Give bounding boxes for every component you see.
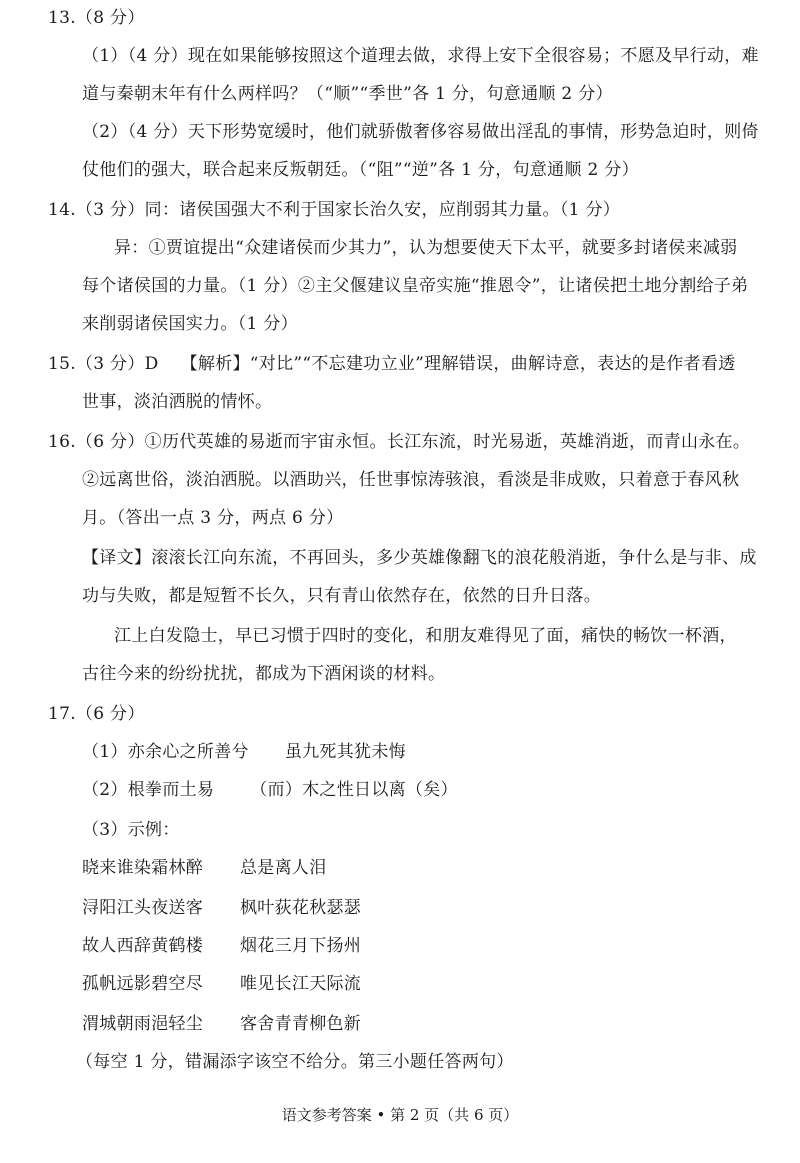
q17-example-first: 浔阳江头夜送客 bbox=[82, 896, 240, 920]
q17-answer2-first: （2）根拳而土易 bbox=[82, 780, 214, 800]
q16-line3: 月。（答出一点 3 分，两点 6 分） bbox=[82, 506, 343, 530]
q17-example-row: 晓来谁染霜林醉总是离人泪 bbox=[82, 856, 327, 880]
q15-analysis: 【解析】“对比”“不忘建功立业”理解错误，曲解诗意，表达的是作者看透 bbox=[181, 354, 736, 374]
q17-example-row: 故人西辞黄鹤楼烟花三月下扬州 bbox=[82, 934, 361, 958]
q17-example-second: 唯见长江天际流 bbox=[240, 974, 361, 994]
q13-part1-line1: （1）（4 分）现在如果能够按照这个道理去做，求得上安下全很容易；不愿及早行动，… bbox=[82, 44, 759, 68]
q13-part2-line1: （2）（4 分）天下形势宽缓时，他们就骄傲奢侈容易做出淫乱的事情，形势急迫时，则… bbox=[82, 120, 759, 144]
q17-example-first: 孤帆远影碧空尽 bbox=[82, 972, 240, 996]
q13-part2-line2: 仗他们的强大，联合起来反叛朝廷。（“阻”“逆”各 1 分，句意通顺 2 分） bbox=[82, 158, 639, 182]
q15-line2: 世事，淡泊洒脱的情怀。 bbox=[82, 390, 272, 414]
q17-answer1-first: （1）亦余心之所善兮 bbox=[82, 742, 249, 762]
q14-heading: 14.（3 分）同：诸侯国强大不利于国家长治久安，应削弱其力量。（1 分） bbox=[48, 198, 620, 222]
q17-answer1-second: 虽九死其犹未悔 bbox=[285, 742, 406, 762]
q13-part1-line2: 道与秦朝末年有什么两样吗？（“顺”“季世”各 1 分，句意通顺 2 分） bbox=[82, 82, 613, 106]
q16-line2: ②远离世俗，淡泊洒脱。以酒助兴，任世事惊涛骇浪，看淡是非成败，只着意于春风秋 bbox=[82, 468, 739, 492]
q15-line1: 15.（3 分）D【解析】“对比”“不忘建功立业”理解错误，曲解诗意，表达的是作… bbox=[48, 352, 736, 376]
q17-example-second: 烟花三月下扬州 bbox=[240, 936, 361, 956]
q17-scoring-note: （每空 1 分，错漏添字该空不给分。第三小题任答两句） bbox=[76, 1050, 514, 1074]
q14-difference-line2: 每个诸侯国的力量。（1 分）②主父偃建议皇帝实施“推恩令”，让诸侯把土地分割给子… bbox=[82, 274, 748, 298]
q16-line1: 16.（6 分）①历代英雄的易逝而宇宙永恒。长江东流，时光易逝，英雄消逝，而青山… bbox=[48, 430, 750, 454]
q15-answer: 15.（3 分）D bbox=[48, 354, 159, 374]
q17-answer3-label: （3）示例： bbox=[82, 818, 180, 842]
q16-translation-line2: 功与失败，都是短暂不长久，只有青山依然存在，依然的日升日落。 bbox=[82, 584, 601, 608]
q17-heading: 17.（6 分） bbox=[48, 702, 145, 726]
q16-translation-line4: 古往今来的纷纷扰扰，都成为下酒闲谈的材料。 bbox=[82, 662, 445, 686]
q17-example-second: 客舍青青柳色新 bbox=[240, 1014, 361, 1034]
q17-example-row: 孤帆远影碧空尽唯见长江天际流 bbox=[82, 972, 361, 996]
q17-example-second: 总是离人泪 bbox=[240, 858, 327, 878]
q17-example-row: 渭城朝雨浥轻尘客舍青青柳色新 bbox=[82, 1012, 361, 1036]
q13-heading: 13.（8 分） bbox=[48, 6, 145, 30]
q17-example-first: 晓来谁染霜林醉 bbox=[82, 856, 240, 880]
q16-translation-line1: 【译文】滚滚长江向东流，不再回头，多少英雄像翻飞的浪花般消逝，争什么是与非、成 bbox=[82, 546, 757, 570]
q17-example-second: 枫叶荻花秋瑟瑟 bbox=[240, 898, 361, 918]
q17-example-row: 浔阳江头夜送客枫叶荻花秋瑟瑟 bbox=[82, 896, 361, 920]
q17-example-first: 故人西辞黄鹤楼 bbox=[82, 934, 240, 958]
q14-difference-line3: 来削弱诸侯国实力。（1 分） bbox=[82, 312, 298, 336]
q17-answer1: （1）亦余心之所善兮虽九死其犹未悔 bbox=[82, 740, 406, 764]
q17-answer2: （2）根拳而土易（而）木之性日以离（矣） bbox=[82, 778, 458, 802]
page-footer: 语文参考答案 • 第 2 页（共 6 页） bbox=[0, 1104, 800, 1126]
q17-answer2-second: （而）木之性日以离（矣） bbox=[250, 780, 458, 800]
q14-difference-line1: 异：①贾谊提出“众建诸侯而少其力”，认为想要使天下太平，就要多封诸侯来减弱 bbox=[114, 236, 737, 260]
q17-example-first: 渭城朝雨浥轻尘 bbox=[82, 1012, 240, 1036]
q16-translation-line3: 江上白发隐士，早已习惯于四时的变化，和朋友难得见了面，痛快的畅饮一杯酒， bbox=[114, 624, 737, 648]
